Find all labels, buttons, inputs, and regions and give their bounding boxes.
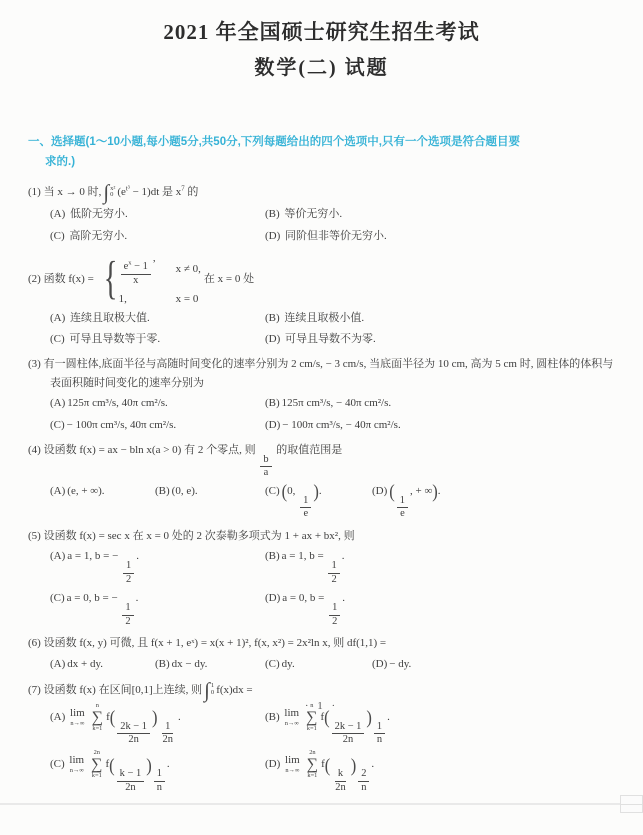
option-label: (D) [265, 230, 283, 242]
option-text: 125π cm³/s, − 40π cm²/s. [282, 397, 391, 409]
option-label: (C) [50, 333, 67, 345]
option-label: (C) [50, 758, 67, 770]
option-D: (D)− dy. [372, 655, 621, 674]
question-stem: (3) 有一圆柱体,底面半径与高随时间变化的速率分别为 2 cm/s, − 3 … [28, 355, 621, 392]
option-A: (A)(e, + ∞). [50, 482, 155, 521]
page-number: · 1 · [0, 700, 643, 712]
option-B: (B) 等价无穷小. [265, 205, 621, 224]
option-text: (0, 1e). [282, 485, 322, 497]
option-label: (A) [50, 711, 68, 723]
option-label: (B) [155, 485, 170, 497]
option-group: (A)(e, + ∞).(B)(0, e).(C)(0, 1e).(D)(1e,… [28, 482, 621, 521]
option-D: (D)(1e, + ∞). [372, 482, 621, 521]
option-D: (D) 可导且导数不为零. [265, 330, 621, 349]
option-label: (A) [50, 485, 65, 497]
question-1: (1) 当 x → 0 时,∫x²0(et³ − 1)dt 是 x7 的(A) … [28, 182, 621, 245]
question-3: (3) 有一圆柱体,底面半径与高随时间变化的速率分别为 2 cm/s, − 3 … [28, 355, 621, 435]
option-text: limn→∞2n∑k=1f(k2n)2n. [285, 758, 374, 770]
option-label: (B) [265, 208, 282, 220]
question-4: (4) 设函数 f(x) = ax − bln x(a > 0) 有 2 个零点… [28, 441, 621, 521]
option-label: (C) [265, 658, 280, 670]
option-group: (A)125π cm³/s, 40π cm²/s.(B)125π cm³/s, … [28, 394, 621, 434]
option-label: (D) [372, 658, 387, 670]
option-group: (A)a = 1, b = − 12.(B)a = 1, b = 12.(C)a… [28, 547, 621, 628]
option-text: 可导且导数不为零. [285, 333, 376, 345]
option-group: (A) 低阶无穷小.(B) 等价无穷小.(C) 高阶无穷小.(D) 同阶但非等价… [28, 205, 621, 245]
option-text: 等价无穷小. [284, 208, 342, 220]
bottom-divider [0, 803, 643, 805]
option-A: (A) 连续且取极大值. [50, 309, 265, 328]
option-label: (C) [50, 419, 65, 431]
option-B: (B) 连续且取极小值. [265, 309, 621, 328]
question-7: (7) 设函数 f(x) 在区间[0,1]上连续, 则∫10f(x)dx =(A… [28, 680, 621, 795]
question-stem: (5) 设函数 f(x) = sec x 在 x = 0 处的 2 次泰勒多项式… [28, 527, 621, 546]
question-stem: (1) 当 x → 0 时,∫x²0(et³ − 1)dt 是 x7 的 [28, 182, 621, 203]
option-text: 连续且取极大值. [70, 312, 150, 324]
option-text: dx − dy. [172, 658, 208, 670]
option-B: (B)(0, e). [155, 482, 265, 521]
option-B: (B)dx − dy. [155, 655, 265, 674]
option-A: (A)125π cm³/s, 40π cm²/s. [50, 394, 265, 413]
option-label: (B) [265, 550, 280, 562]
option-label: (A) [50, 658, 65, 670]
option-text: 高阶无穷小. [69, 230, 127, 242]
option-label: (D) [265, 592, 280, 604]
question-stem: (6) 设函数 f(x, y) 可微, 且 f(x + 1, eˣ) = x(x… [28, 634, 621, 653]
option-label: (D) [265, 419, 280, 431]
option-text: dx + dy. [67, 658, 103, 670]
option-C: (C) 可导且导数等于零. [50, 330, 265, 349]
option-label: (C) [50, 592, 65, 604]
option-text: dy. [282, 658, 295, 670]
option-C: (C)(0, 1e). [265, 482, 372, 521]
option-text: (0, e). [172, 485, 198, 497]
question-stem: (2) 函数 f(x) = {ex − 1x,x ≠ 0,1,x = 0在 x … [28, 252, 621, 307]
option-C: (C)dy. [265, 655, 372, 674]
page-corner-handle [620, 795, 643, 813]
option-B: (B)125π cm³/s, − 40π cm²/s. [265, 394, 621, 413]
option-D: (D)a = 0, b = 12. [265, 589, 621, 628]
option-text: a = 1, b = 12. [282, 550, 345, 562]
question-2: (2) 函数 f(x) = {ex − 1x,x ≠ 0,1,x = 0在 x … [28, 252, 621, 350]
option-text: a = 0, b = 12. [282, 592, 345, 604]
option-D: (D) limn→∞2n∑k=1f(k2n)2n. [265, 750, 621, 794]
exam-page: 2021 年全国硕士研究生招生考试 数学(二) 试题 一、选择题(1～10小题,… [0, 0, 643, 835]
option-text: a = 1, b = − 12. [67, 550, 139, 562]
option-label: (C) [50, 230, 67, 242]
option-text: 低阶无穷小. [70, 208, 128, 220]
option-D: (D) 同阶但非等价无穷小. [265, 227, 621, 246]
option-text: a = 0, b = − 12. [67, 592, 139, 604]
option-text: limn→∞2n∑k=1f(k − 12n)1n. [69, 758, 169, 770]
option-label: (B) [155, 658, 170, 670]
option-A: (A)dx + dy. [50, 655, 155, 674]
option-text: limn→∞n∑k=1f(2k − 12n)12n. [70, 711, 181, 723]
option-text: 同阶但非等价无穷小. [285, 230, 387, 242]
option-label: (D) [265, 333, 283, 345]
option-text: − dy. [389, 658, 411, 670]
question-6: (6) 设函数 f(x, y) 可微, 且 f(x + 1, eˣ) = x(x… [28, 634, 621, 673]
question-5: (5) 设函数 f(x) = sec x 在 x = 0 处的 2 次泰勒多项式… [28, 527, 621, 629]
option-A: (A) 低阶无穷小. [50, 205, 265, 224]
option-label: (A) [50, 397, 65, 409]
option-text: − 100π cm³/s, 40π cm²/s. [67, 419, 176, 431]
option-text: 可导且导数等于零. [69, 333, 160, 345]
option-C: (C)− 100π cm³/s, 40π cm²/s. [50, 416, 265, 435]
option-C: (C) 高阶无穷小. [50, 227, 265, 246]
option-label: (D) [372, 485, 387, 497]
question-stem: (7) 设函数 f(x) 在区间[0,1]上连续, 则∫10f(x)dx = [28, 680, 621, 701]
option-text: 125π cm³/s, 40π cm²/s. [67, 397, 168, 409]
option-label: (A) [50, 208, 68, 220]
section-header-line2: 求的.) [28, 152, 617, 172]
option-C: (C)a = 0, b = − 12. [50, 589, 265, 628]
exam-title-line2: 数学(二) 试题 [0, 51, 643, 80]
option-text: (1e, + ∞). [389, 485, 440, 497]
question-stem: (4) 设函数 f(x) = ax − bln x(a > 0) 有 2 个零点… [28, 441, 621, 480]
option-label: (B) [265, 312, 282, 324]
option-group: (A)dx + dy.(B)dx − dy.(C)dy.(D)− dy. [28, 655, 621, 674]
exam-title-line1: 2021 年全国硕士研究生招生考试 [0, 0, 643, 46]
option-A: (A)a = 1, b = − 12. [50, 547, 265, 586]
option-group: (A) limn→∞n∑k=1f(2k − 12n)12n.(B) limn→∞… [28, 703, 621, 795]
option-label: (B) [265, 397, 280, 409]
option-label: (A) [50, 312, 68, 324]
option-text: 连续且取极小值. [284, 312, 364, 324]
option-label: (A) [50, 550, 65, 562]
option-group: (A) 连续且取极大值.(B) 连续且取极小值.(C) 可导且导数等于零.(D)… [28, 309, 621, 349]
option-label: (D) [265, 758, 283, 770]
option-D: (D)− 100π cm³/s, − 40π cm²/s. [265, 416, 621, 435]
option-text: − 100π cm³/s, − 40π cm²/s. [282, 419, 400, 431]
section-header: 一、选择题(1～10小题,每小题5分,共50分,下列每题给出的四个选项中,只有一… [28, 132, 617, 172]
option-label: (C) [265, 485, 280, 497]
option-B: (B)a = 1, b = 12. [265, 547, 621, 586]
section-header-line1: 一、选择题(1～10小题,每小题5分,共50分,下列每题给出的四个选项中,只有一… [28, 132, 617, 152]
option-label: (B) [265, 711, 282, 723]
option-text: (e, + ∞). [67, 485, 104, 497]
option-C: (C) limn→∞2n∑k=1f(k − 12n)1n. [50, 750, 265, 794]
option-text: limn→∞n∑k=1f(2k − 12n)1n. [284, 711, 389, 723]
